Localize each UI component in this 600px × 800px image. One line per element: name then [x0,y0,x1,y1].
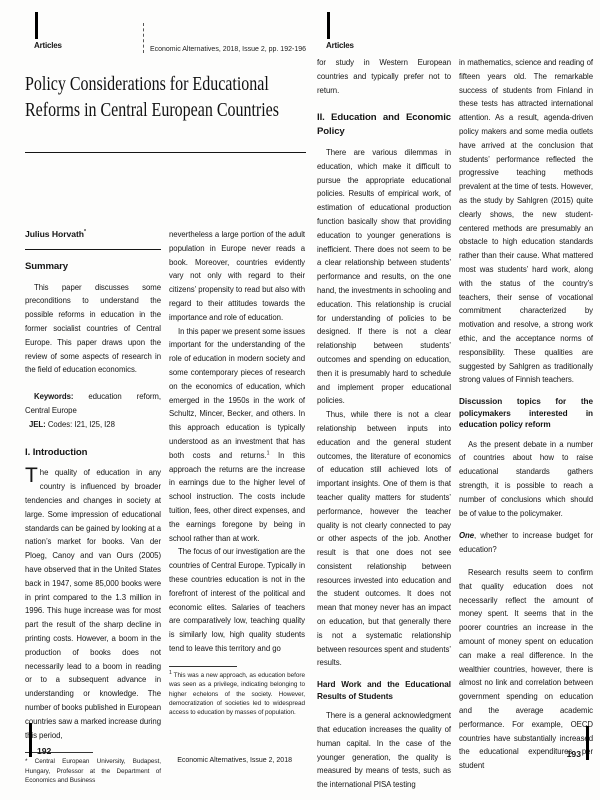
articles-marker-bar [35,12,38,39]
author-affiliation-footnote: * Central European University, Budapest,… [25,757,161,785]
keywords-label: Keywords: [34,392,73,401]
body-paragraph: for study in Western European countries … [317,56,451,97]
journal-spread: Articles Economic Alternatives, 2018, Is… [0,0,600,800]
article-title: Policy Considerations for Educational Re… [25,71,306,123]
journal-footer-citation: Economic Alternatives, Issue 2, 2018 [177,757,292,764]
body-paragraph: in mathematics, science and reading of f… [459,56,593,387]
right-page-columns: for study in Western European countries … [317,54,593,792]
body-paragraph: The focus of our investigation are the c… [169,545,305,655]
body-paragraph: Thus, while there is not a clear relatio… [317,408,451,670]
one-lead: One [459,531,474,540]
section-2-heading: II. Education and Economic Policy [317,111,451,139]
summary-paragraph: This paper discusses some preconditions … [25,281,161,378]
body-paragraph: There is a general acknowledgment that e… [317,709,451,792]
page-left: Articles Economic Alternatives, 2018, Is… [25,0,306,800]
author-rule [25,249,161,250]
left-page-header: Articles Economic Alternatives, 2018, Is… [25,12,306,54]
journal-citation-text: Economic Alternatives, 2018, Issue 2, pp… [150,46,306,53]
page-number-bar [586,726,589,760]
one-question-paragraph: One, whether to increase budget for educ… [459,529,593,557]
page-number-right: 193 [567,726,589,760]
body-paragraph: nevertheless a large portion of the adul… [169,228,305,325]
jel-line: JEL: Codes: I21, I25, I28 [25,418,161,432]
body-paragraph: In this paper we present some issues imp… [169,325,305,546]
page-number-bar [29,723,32,757]
introduction-paragraph: The quality of education in any country … [25,466,161,742]
jel-label: JEL: [29,420,46,429]
body-paragraph: As the present debate in a number of cou… [459,438,593,521]
left-column-2: nevertheless a large portion of the adul… [169,153,305,786]
articles-section-marker: Articles [317,12,593,50]
footnote-1: 1 This was a new approach, as education … [169,671,305,718]
body-paragraph: There are various dilemmas in education,… [317,146,451,408]
articles-label: Articles [326,41,593,50]
right-column-2: in mathematics, science and reading of f… [459,56,593,792]
summary-heading: Summary [25,260,161,274]
left-page-columns: Julius Horvath* Summary This paper discu… [25,153,306,786]
dashed-rule [143,23,144,53]
discussion-heading: Discussion topics for the policymakers i… [459,396,593,431]
hard-work-heading: Hard Work and the Educational Results of… [317,679,451,702]
articles-marker-bar [327,12,330,39]
right-column-1: for study in Western European countries … [317,56,451,792]
journal-citation-header: Economic Alternatives, 2018, Issue 2, pp… [143,23,306,53]
footnote-rule [169,666,237,667]
drop-cap: T [25,466,40,485]
right-page-header: Articles [317,12,593,54]
page-number-left: 192 [29,723,51,757]
left-column-1: Julius Horvath* Summary This paper discu… [25,153,161,786]
introduction-heading: I. Introduction [25,446,161,460]
keywords-line: Keywords: education reform, Central Euro… [25,390,161,418]
author-footnote-mark: * [84,229,86,235]
page-right: Articles for study in Western European c… [317,0,593,800]
author-name: Julius Horvath* [25,228,161,242]
